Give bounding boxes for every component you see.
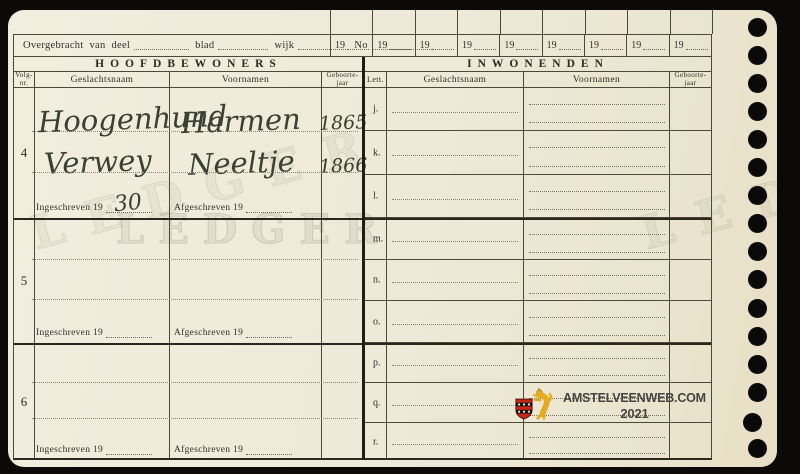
volgnummer: 5 <box>14 218 34 343</box>
punch-hole <box>748 214 767 233</box>
punch-hole <box>748 158 767 177</box>
dotted-blank <box>392 199 518 200</box>
dotted-blank <box>432 42 454 50</box>
dotted-blank <box>392 324 518 325</box>
dotted-blank <box>389 42 411 50</box>
year-cell: 19 <box>457 35 499 56</box>
year-label: 19 <box>631 40 641 51</box>
year-cell: 19 <box>584 35 626 56</box>
year-cell: 19 <box>542 35 584 56</box>
handwritten-geboortejaar: 1865 <box>319 113 368 134</box>
year-grid-stub-row <box>330 10 713 34</box>
population-register-card: LEDGER LEDGER LEDGER Overgebracht van de… <box>8 10 777 467</box>
dotted-blank <box>529 317 665 318</box>
dotted-blank <box>392 444 518 445</box>
punch-hole <box>748 327 767 346</box>
dotted-blank <box>529 453 665 454</box>
letter-label: p. <box>373 357 381 368</box>
punch-hole <box>748 383 767 402</box>
dotted-blank <box>529 275 665 276</box>
year-cell: 19 <box>669 35 711 56</box>
header-geboortejaar-left: Geboorte-jaar <box>321 72 363 87</box>
dotted-blank <box>529 293 665 294</box>
gold-lion-icon <box>531 386 557 420</box>
inwonenden-row-r: r. <box>365 423 711 460</box>
year-stub-cell <box>457 10 499 34</box>
dotted-blank <box>529 252 665 253</box>
inwonenden-row-j: j. <box>365 88 711 131</box>
dotted-blank <box>529 375 665 376</box>
year-stub-cell <box>415 10 457 34</box>
inwonenden-title: INWONENDEN <box>365 58 711 70</box>
inwonenden-row-n: n. <box>365 260 711 301</box>
year-stub-cell <box>372 10 414 34</box>
punch-hole <box>748 130 767 149</box>
afgeschreven-label: Afgeschreven 19 <box>174 203 292 213</box>
punch-hole <box>748 46 767 65</box>
dotted-blank <box>529 358 665 359</box>
hoofdbewoners-block-6: 6 Ingeschreven 19 Afgeschreven 19 <box>14 343 363 460</box>
header-voornamen-left: Voornamen <box>169 72 321 87</box>
punch-hole <box>748 186 767 205</box>
year-label: 19 <box>547 40 557 51</box>
year-stub-cell <box>542 10 584 34</box>
punch-hole <box>748 299 767 318</box>
letter-label: k. <box>373 147 381 158</box>
dotted-blank <box>474 42 496 50</box>
year-stub-cell <box>627 10 669 34</box>
dotted-blank <box>559 42 581 50</box>
letter-label: q. <box>373 397 381 408</box>
handwritten-geboortejaar: 1866 <box>319 156 368 177</box>
transfer-row: Overgebracht van deel blad wijk No 19 19… <box>13 34 712 57</box>
punch-hole <box>748 439 767 458</box>
year-label: 19 <box>420 40 430 51</box>
year-row: 19 19 19 19 19 19 19 19 19 <box>330 35 711 56</box>
year-label: 19 <box>589 40 599 51</box>
volgnummer: 4 <box>14 88 34 218</box>
logo-text: AMSTELVEENWEB.COM 2021 <box>563 391 706 421</box>
letter-label: o. <box>373 316 381 327</box>
dotted-blank <box>529 122 665 123</box>
dotted-blank <box>601 42 623 50</box>
header-volgnr: Volg-nr. <box>14 72 34 87</box>
dotted-blank <box>218 41 268 50</box>
header-geslachtsnaam-right: Geslachtsnaam <box>386 72 523 87</box>
year-label: 19 <box>462 40 472 51</box>
punch-hole <box>748 355 767 374</box>
dotted-blank <box>347 42 369 50</box>
year-stub-cell <box>330 10 372 34</box>
dotted-blank <box>392 112 518 113</box>
transfer-label-blad: blad <box>195 40 214 51</box>
dotted-blank <box>106 447 152 455</box>
transfer-label-deel: Overgebracht van deel <box>23 40 130 51</box>
header-voornamen-right: Voornamen <box>523 72 669 87</box>
punch-hole <box>748 74 767 93</box>
punch-hole <box>748 102 767 121</box>
dotted-blank <box>529 104 665 105</box>
logo-site: AMSTELVEENWEB.COM <box>563 391 706 405</box>
dotted-blank <box>392 282 518 283</box>
section-divider <box>362 57 365 460</box>
inwonenden-row-o: o. <box>365 301 711 343</box>
dotted-blank <box>246 330 292 338</box>
inwonenden-row-k: k. <box>365 131 711 175</box>
hoofdbewoners-block-4: 4 Hoogenhund Harmen 1865 Verwey Neeltje … <box>14 88 363 218</box>
dotted-blank <box>529 335 665 336</box>
punch-hole <box>743 413 762 432</box>
handwritten-geslachtsnaam: Verwey <box>44 146 153 179</box>
dotted-blank <box>686 42 708 50</box>
hoofdbewoners-block-5: 5 Ingeschreven 19 Afgeschreven 19 <box>14 218 363 343</box>
dotted-blank <box>106 330 152 338</box>
dotted-blank <box>529 437 665 438</box>
year-cell: 19 <box>330 35 372 56</box>
year-cell: 19 <box>499 35 541 56</box>
header-geboortejaar-right: Geboorte-jaar <box>669 72 711 87</box>
dotted-blank <box>392 241 518 242</box>
ingeschreven-label: Ingeschreven 19 <box>36 328 152 338</box>
punch-hole <box>748 18 767 37</box>
header-lett: Lett. <box>365 72 386 87</box>
year-label: 19 <box>377 40 387 51</box>
year-cell: 19 <box>626 35 668 56</box>
inwonenden-row-l: l. <box>365 175 711 218</box>
letter-label: j. <box>373 104 378 115</box>
punch-hole <box>748 270 767 289</box>
afgeschreven-label: Afgeschreven 19 <box>174 328 292 338</box>
transfer-label-wijk: wijk <box>274 40 294 51</box>
inwonenden-row-p: p. <box>365 343 711 383</box>
year-label: 19 <box>335 40 345 51</box>
logo-year: 2021 <box>563 406 706 421</box>
year-label: 19 <box>674 40 684 51</box>
dotted-blank <box>529 234 665 235</box>
year-label: 19 <box>504 40 514 51</box>
letter-label: m. <box>373 233 383 244</box>
letter-label: l. <box>373 191 378 202</box>
volgnummer: 6 <box>14 343 34 460</box>
punch-hole <box>748 242 767 261</box>
dotted-blank <box>392 405 518 406</box>
year-cell: 19 <box>415 35 457 56</box>
year-stub-cell <box>585 10 627 34</box>
letter-label: r. <box>373 436 378 447</box>
dotted-blank <box>392 365 518 366</box>
handwritten-ingeschreven-jaar: 30 <box>113 192 143 217</box>
dotted-blank <box>529 147 665 148</box>
dotted-blank <box>246 205 292 213</box>
letter-label: n. <box>373 275 381 286</box>
afgeschreven-label: Afgeschreven 19 <box>174 445 292 455</box>
year-stub-cell <box>500 10 542 34</box>
amstelveenweb-logo: AMSTELVEENWEB.COM 2021 <box>513 384 683 424</box>
ingeschreven-label: Ingeschreven 19 <box>36 445 152 455</box>
hoofdbewoners-title: HOOFDBEWONERS <box>14 58 363 70</box>
handwritten-voornamen: Harmen <box>181 105 302 138</box>
dotted-blank <box>529 166 665 167</box>
handwritten-voornamen: Neeltje <box>188 147 296 180</box>
dotted-blank <box>529 209 665 210</box>
year-cell: 19 <box>372 35 414 56</box>
dotted-blank <box>516 42 538 50</box>
dotted-blank <box>529 191 665 192</box>
dotted-blank <box>246 447 292 455</box>
year-stub-cell <box>670 10 712 34</box>
dotted-blank <box>392 155 518 156</box>
header-geslachtsnaam-left: Geslachtsnaam <box>34 72 169 87</box>
inwonenden-row-m: m. <box>365 218 711 260</box>
dotted-blank <box>643 42 665 50</box>
dotted-blank <box>134 41 189 50</box>
